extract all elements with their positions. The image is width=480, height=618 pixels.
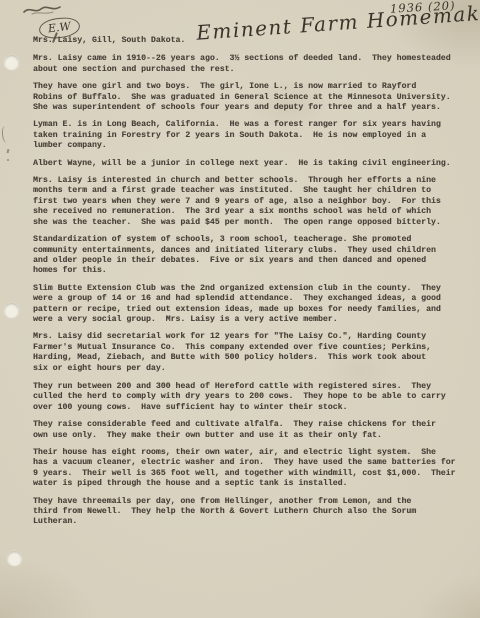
typed-paragraph: Lyman E. is in Long Beach, California. H… — [33, 120, 473, 151]
pencil-paren-mark — [1, 126, 11, 144]
hole-punch — [4, 303, 19, 318]
typed-paragraph: They have one girl and two boys. The gir… — [33, 82, 473, 113]
typed-paragraph: Mrs. Laisy came in 1910--26 years ago. 3… — [33, 54, 473, 75]
typed-paragraph: They have threemails per day, one from H… — [33, 497, 473, 528]
pencil-tick-mark — [7, 149, 9, 153]
typed-paragraph: They raise considerable feed and cultiva… — [33, 420, 473, 441]
typed-paragraph: Standardization of system of schools, 3 … — [33, 235, 473, 277]
typed-paragraph: Albert Wayne, will be a junior in colleg… — [33, 159, 473, 169]
typed-paragraph: Slim Butte Extension Club was the 2nd or… — [33, 284, 473, 326]
typed-paragraph: Their house has eight rooms, their own w… — [33, 448, 473, 490]
hole-punch — [7, 551, 22, 566]
hole-punch — [4, 55, 19, 70]
scribble-mark — [22, 3, 64, 17]
document-heading: Mrs. Laisy, Gill, South Dakota. — [33, 36, 473, 46]
pencil-dot-mark — [7, 159, 9, 161]
scanned-document-page: Eminent Farm Homemaker 1936 (20) E.W Mrs… — [0, 0, 480, 618]
typed-paragraph: They run between 200 and 300 head of Her… — [33, 382, 473, 413]
typed-paragraph: Mrs. Laisy is interested in church and b… — [33, 176, 473, 228]
typed-paragraph: Mrs. Laisy did secretarial work for 12 y… — [33, 332, 473, 374]
typed-text-block: Mrs. Laisy, Gill, South Dakota. Mrs. Lai… — [33, 36, 473, 535]
